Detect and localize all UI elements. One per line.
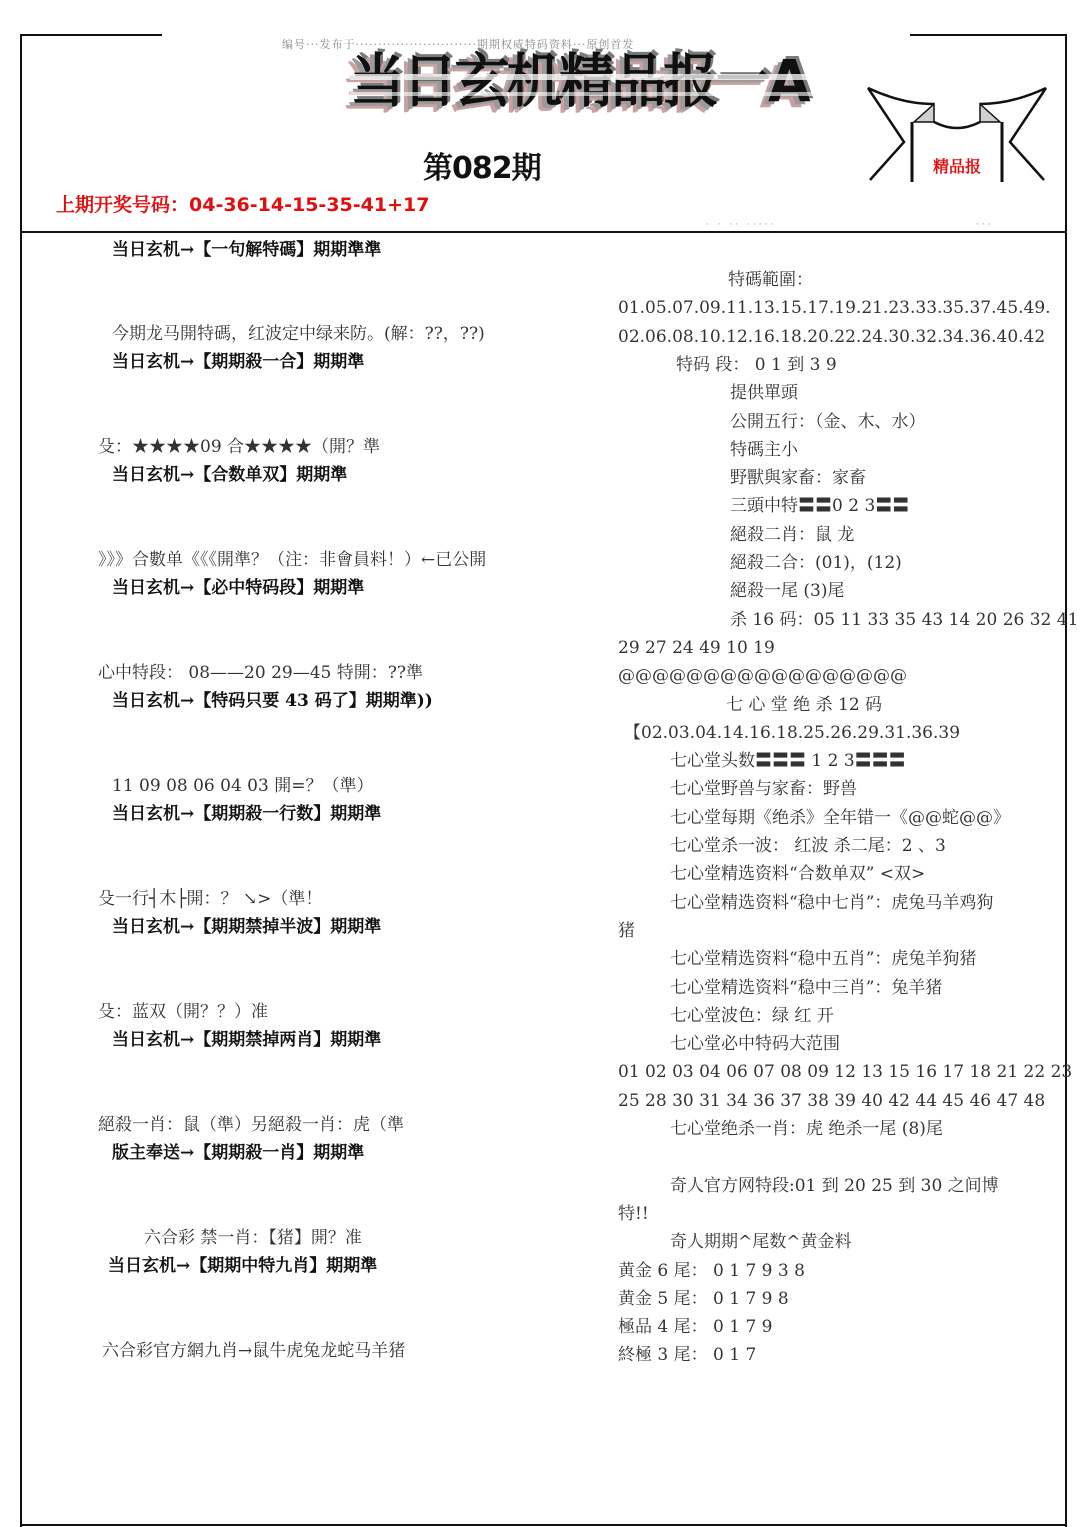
right-column-line: @@@@@@@@@@@@@@@@@ <box>618 662 907 690</box>
right-column-line: 特碼主小 <box>730 436 798 464</box>
last-draw-label: 上期开奖号码： <box>56 194 189 216</box>
section-detail: 》》》合數单《《《開準？（注：非會員料！）←已公開 <box>98 546 486 574</box>
masthead-stripe <box>350 74 850 80</box>
badge-label: 精品报 <box>933 154 981 177</box>
right-column-line: 奇人官方网特段:01 到 20 25 到 30 之间博 <box>670 1172 999 1200</box>
right-column-line: 七 心 堂 绝 杀 12 码 <box>726 691 882 719</box>
right-column-line: 三頭中特〓〓0 2 3〓〓 <box>730 492 909 520</box>
right-column-line: 01.05.07.09.11.13.15.17.19.21.23.33.35.3… <box>618 294 1051 322</box>
section-heading: 当日玄机→【期期殺一合】期期準 <box>112 348 364 376</box>
frame-top-left-border <box>20 34 162 36</box>
right-column-line: 七心堂精选资料“稳中七肖”：虎兔马羊鸡狗 <box>670 889 993 917</box>
section-heading: 当日玄机→【期期禁掉半波】期期準 <box>112 913 381 941</box>
section-heading: 当日玄机→【期期禁掉两肖】期期準 <box>112 1026 381 1054</box>
right-column-line: 25 28 30 31 34 36 37 38 39 40 42 44 45 4… <box>618 1087 1045 1115</box>
right-column-line: 七心堂杀一波： 红波 杀二尾：2 、3 <box>670 832 946 860</box>
frame-right-border <box>1065 35 1067 1527</box>
right-column-line: 黄金 5 尾： 0 1 7 9 8 <box>618 1285 789 1313</box>
right-column-line: 01 02 03 04 06 07 08 09 12 13 15 16 17 1… <box>618 1058 1072 1086</box>
right-column-line: 02.06.08.10.12.16.18.20.22.24.30.32.34.3… <box>618 323 1045 351</box>
frame-left-border <box>20 35 22 1527</box>
right-column-line: 終極 3 尾： 0 1 7 <box>618 1341 756 1369</box>
right-column-line: 七心堂头数〓〓〓 1 2 3〓〓〓 <box>670 747 906 775</box>
right-column-line: 七心堂每期《绝杀》全年错一《@@蛇@@》 <box>670 804 1010 832</box>
section-heading: 版主奉送→【期期殺一肖】期期準 <box>112 1139 364 1167</box>
right-column-line: 猪 <box>618 917 635 945</box>
section-heading: 当日玄机→【必中特码段】期期準 <box>112 574 364 602</box>
section-detail: 殳：蓝双（開？？）准 <box>98 998 268 1026</box>
masthead-title: 当日玄机精品报一A <box>350 48 808 114</box>
masthead-stripe <box>350 92 850 96</box>
faint-dots: · · ·· ····· <box>706 220 776 230</box>
right-column-line: 特!! <box>618 1200 649 1228</box>
right-column-line: 奇人期期^尾数^黄金料 <box>670 1228 852 1256</box>
section-detail: 殳一行┤木├開：？ ↘>（準！ <box>98 885 322 913</box>
right-column-line: 絕殺二肖：鼠 龙 <box>730 521 854 549</box>
section-detail: 今期龙马開特碼，红波定中绿来防。(解：??，??) <box>112 320 485 348</box>
right-column-line: 特碼範圍： <box>728 266 813 294</box>
right-column-line: 絕殺一尾 (3)尾 <box>730 577 844 605</box>
section-heading: 当日玄机→【一句解特碼】期期準準 <box>112 236 381 264</box>
right-column-line: 七心堂波色：绿 红 开 <box>670 1002 834 1030</box>
section-detail: 心中特段： 08——20 29—45 特開：??準 <box>98 659 423 687</box>
right-column-line: 29 27 24 49 10 19 <box>618 634 775 662</box>
last-draw-result: 上期开奖号码：04-36-14-15-35-41+17 <box>56 190 429 217</box>
right-column-line: 公開五行：（金、木、水） <box>730 408 926 436</box>
right-column-line: 七心堂必中特码大范围 <box>670 1030 840 1058</box>
section-detail: 六合彩 禁一肖：【猪】開？准 <box>144 1224 362 1252</box>
right-column-line: 七心堂野兽与家畜：野兽 <box>670 775 857 803</box>
last-draw-numbers: 04-36-14-15-35-41+17 <box>189 194 429 216</box>
faint-dots: ··· <box>976 220 994 230</box>
section-detail: 殳：★★★★09 合★★★★（開？準 <box>98 433 380 461</box>
section-detail: 六合彩官方網九肖→鼠牛虎兔龙蛇马羊猪 <box>102 1337 405 1365</box>
right-column-line: 七心堂绝杀一肖：虎 绝杀一尾 (8)尾 <box>670 1115 943 1143</box>
right-column-line: 野獸與家畜：家畜 <box>730 464 866 492</box>
section-heading: 当日玄机→【期期殺一行数】期期準 <box>112 800 381 828</box>
right-column-line: 七心堂精选资料“稳中三肖”：兔羊猪 <box>670 974 942 1002</box>
section-detail: 絕殺一肖：鼠（準）另絕殺一肖：虎（準 <box>98 1111 404 1139</box>
right-column-line: 特码 段： 0 1 到 3 9 <box>676 351 837 379</box>
masthead-logo: 当日玄机精品报一A <box>350 48 860 114</box>
right-column-line: 杀 16 码：05 11 33 35 43 14 20 26 32 41 <box>730 606 1078 634</box>
right-column-line: 提供單頭 <box>730 379 798 407</box>
right-column-line: 七心堂精选资料“合数单双” <双> <box>670 860 925 888</box>
ribbon-badge-icon: 精品报 <box>862 82 1052 192</box>
header-divider <box>20 231 1067 233</box>
right-column-line: 極品 4 尾： 0 1 7 9 <box>618 1313 773 1341</box>
frame-top-right-border <box>910 34 1067 36</box>
section-heading: 当日玄机→【特码只要 43 码了】期期準)) <box>112 687 433 715</box>
right-column-line: 絕殺二合：(01)，(12) <box>730 549 902 577</box>
issue-number: 第082期 <box>423 143 541 187</box>
frame-bottom-border <box>20 1524 1067 1526</box>
right-column-line: 【02.03.04.14.16.18.25.26.29.31.36.39 <box>624 719 960 747</box>
section-detail: 11 09 08 06 04 03 開=？（準） <box>112 772 373 800</box>
section-heading: 当日玄机→【期期中特九肖】期期準 <box>108 1252 377 1280</box>
right-column-line: 七心堂精选资料“稳中五肖”：虎兔羊狗猪 <box>670 945 976 973</box>
right-column-line: 黄金 6 尾： 0 1 7 9 3 8 <box>618 1257 805 1285</box>
section-heading: 当日玄机→【合数单双】期期準 <box>112 461 347 489</box>
